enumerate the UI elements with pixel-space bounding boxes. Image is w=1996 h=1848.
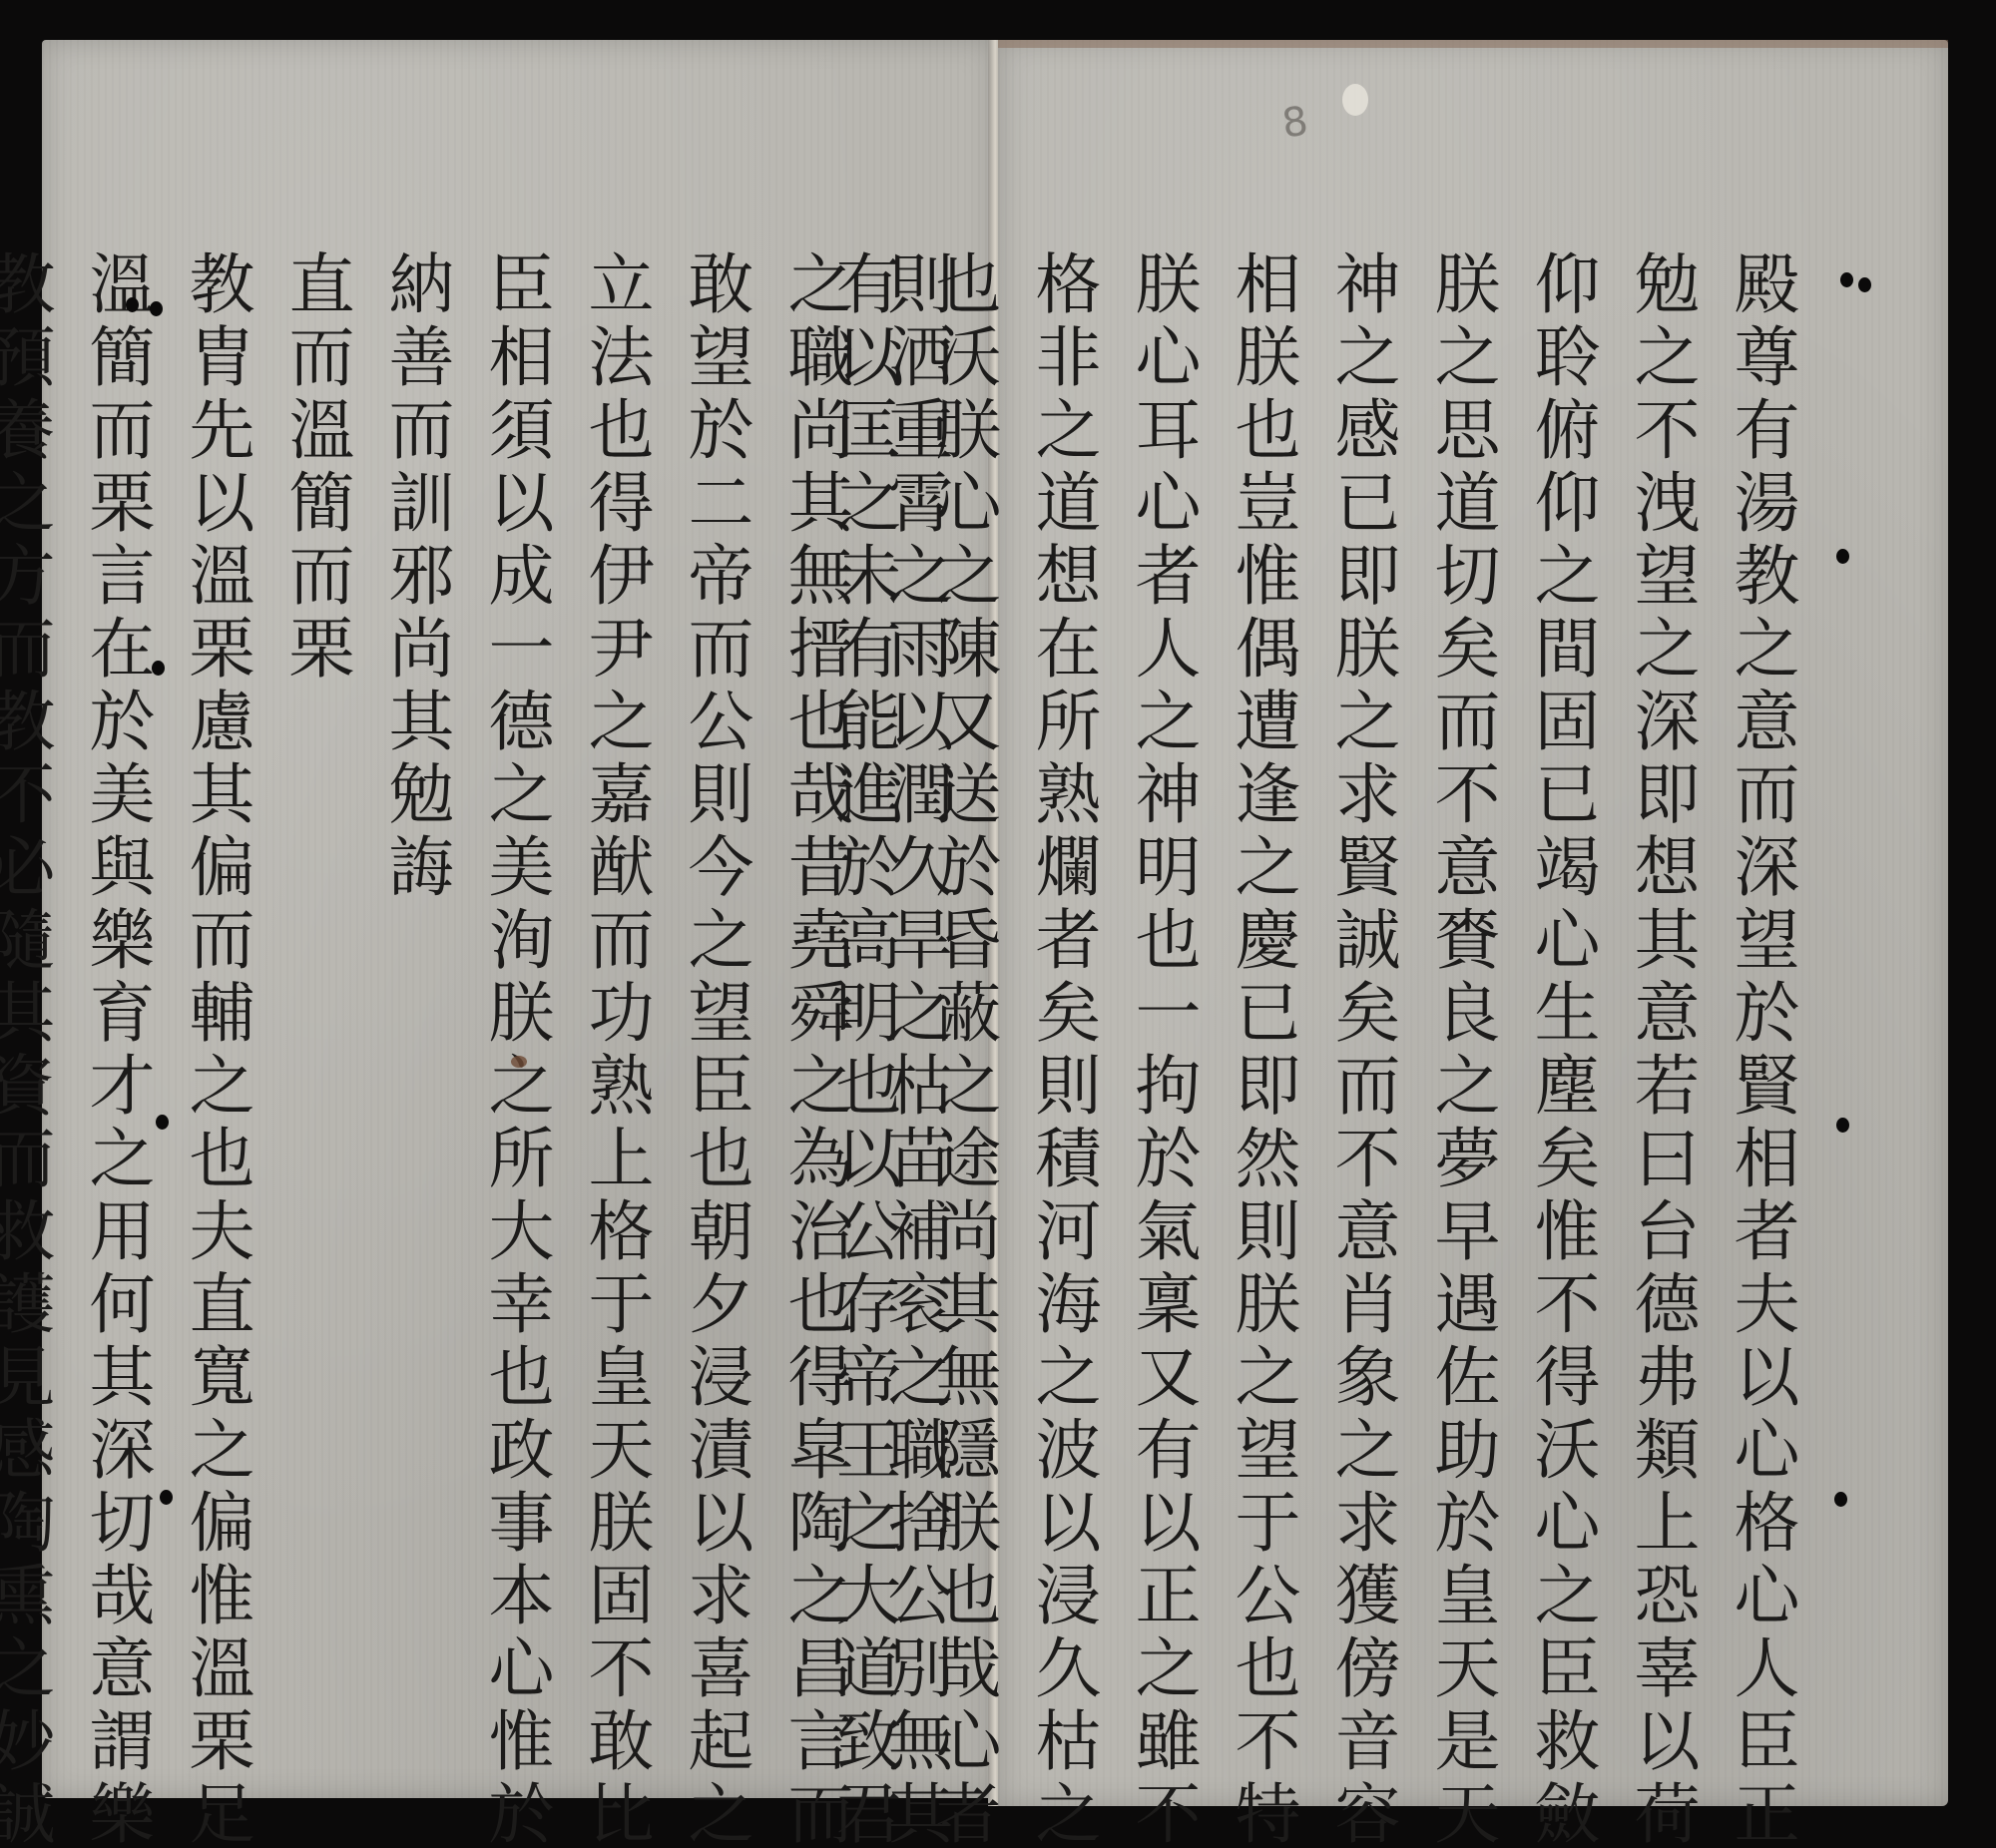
right-page-text-columns: 殿尊有湯教之意而深望於賢相者夫以心格心人臣正君之道也初見而遽以啓沃 勉之不洩望之…	[803, 249, 1793, 1646]
text-column: 敢望於二帝而公則今之望臣也朝夕浸漬以求喜起之風是朕之所深期也暨成湯之	[656, 249, 748, 1646]
binding-hole	[156, 1115, 169, 1130]
text-column: 格非之道想在所熟爛者矣則積河海之波以浸久枯之土壤納海之心即其人	[1003, 249, 1095, 1646]
text-column: 相朕也豈惟偶遭逢之慶已即然則朕之望于公也不特霖雨舟楫也惟啓乃心沃	[1203, 249, 1294, 1646]
text-column: 也沃朕心之陳又送於昏蔽之途尚其無隱朕也哉心者身之主宰耳一交於物欲不	[903, 249, 995, 1646]
text-column: 教預養之方而教不必隨其資而救護見感陶熏之妙誠知教之之術乎若	[0, 249, 49, 1646]
binding-hole	[1840, 272, 1853, 287]
binding-hole	[1858, 277, 1871, 292]
text-column: 立法也得伊尹之嘉猷而功熟上格于皇天朕固不敢比於先王而公則今之阿衡也君	[556, 249, 648, 1646]
text-column: 殿尊有湯教之意而深望於賢相者夫以心格心人臣正君之道也初見而遽以啓沃	[1702, 249, 1793, 1646]
binding-hole	[150, 301, 163, 316]
text-column: 仰聆俯仰之間固已竭心生塵矣惟不得沃心之臣救斂照何章而公乃在吾左右也夫	[1502, 249, 1594, 1646]
right-page: 殿尊有湯教之意而深望於賢相者夫以心格心人臣正君之道也初見而遽以啓沃 勉之不洩望之…	[998, 40, 1948, 1806]
binding-hole	[1834, 1492, 1847, 1507]
text-column: 溫簡而栗言在於美與樂育才之用何其深切哉意謂樂教之作胄子固有素	[57, 249, 149, 1646]
text-column: 臣相須以成一德之美洵朕之所大幸也政事本心惟於啓心以為理大臣職分在乎	[456, 249, 548, 1646]
binding-hole	[1836, 1118, 1849, 1133]
binding-hole	[1836, 549, 1849, 564]
paper-wear-mark	[1342, 84, 1368, 116]
binding-hole	[160, 1490, 173, 1505]
text-column: 有以匡之未有能進於高明也以公存帝王之大道致君之功想在所素講者矣	[803, 249, 895, 1646]
text-column: 朕之思道切矣而不意賚良之夢早遇佐助於皇天是天以公而畀之朕也豈惟為精	[1402, 249, 1494, 1646]
page-edge	[998, 40, 1948, 48]
text-column: 納善而訓邪尚其勉誨	[356, 249, 448, 1646]
text-column: 朕心耳心者人之神明也一拘於氣稟又有以正之雖不流於昏蔽也以公惟岩野之逸才	[1103, 249, 1195, 1646]
text-column: 教胄先以溫栗慮其偏而輔之也夫直寬之偏惟溫栗足以濟之舜命夔君曰直而	[157, 249, 249, 1646]
binding-hole	[152, 661, 165, 676]
text-column: 勉之不洩望之深即想其意若曰台德弗類上恐辜以荷先王之付托下恐負以負四海之	[1602, 249, 1694, 1646]
section-heading-column: 直而溫簡而栗	[256, 249, 348, 1646]
binding-hole	[126, 297, 139, 312]
paper-stain	[511, 1056, 527, 1068]
text-column: 神之感已即朕之求賢誠矣而不意肖象之求獲傍音容於景聖是公受天命而	[1302, 249, 1394, 1646]
